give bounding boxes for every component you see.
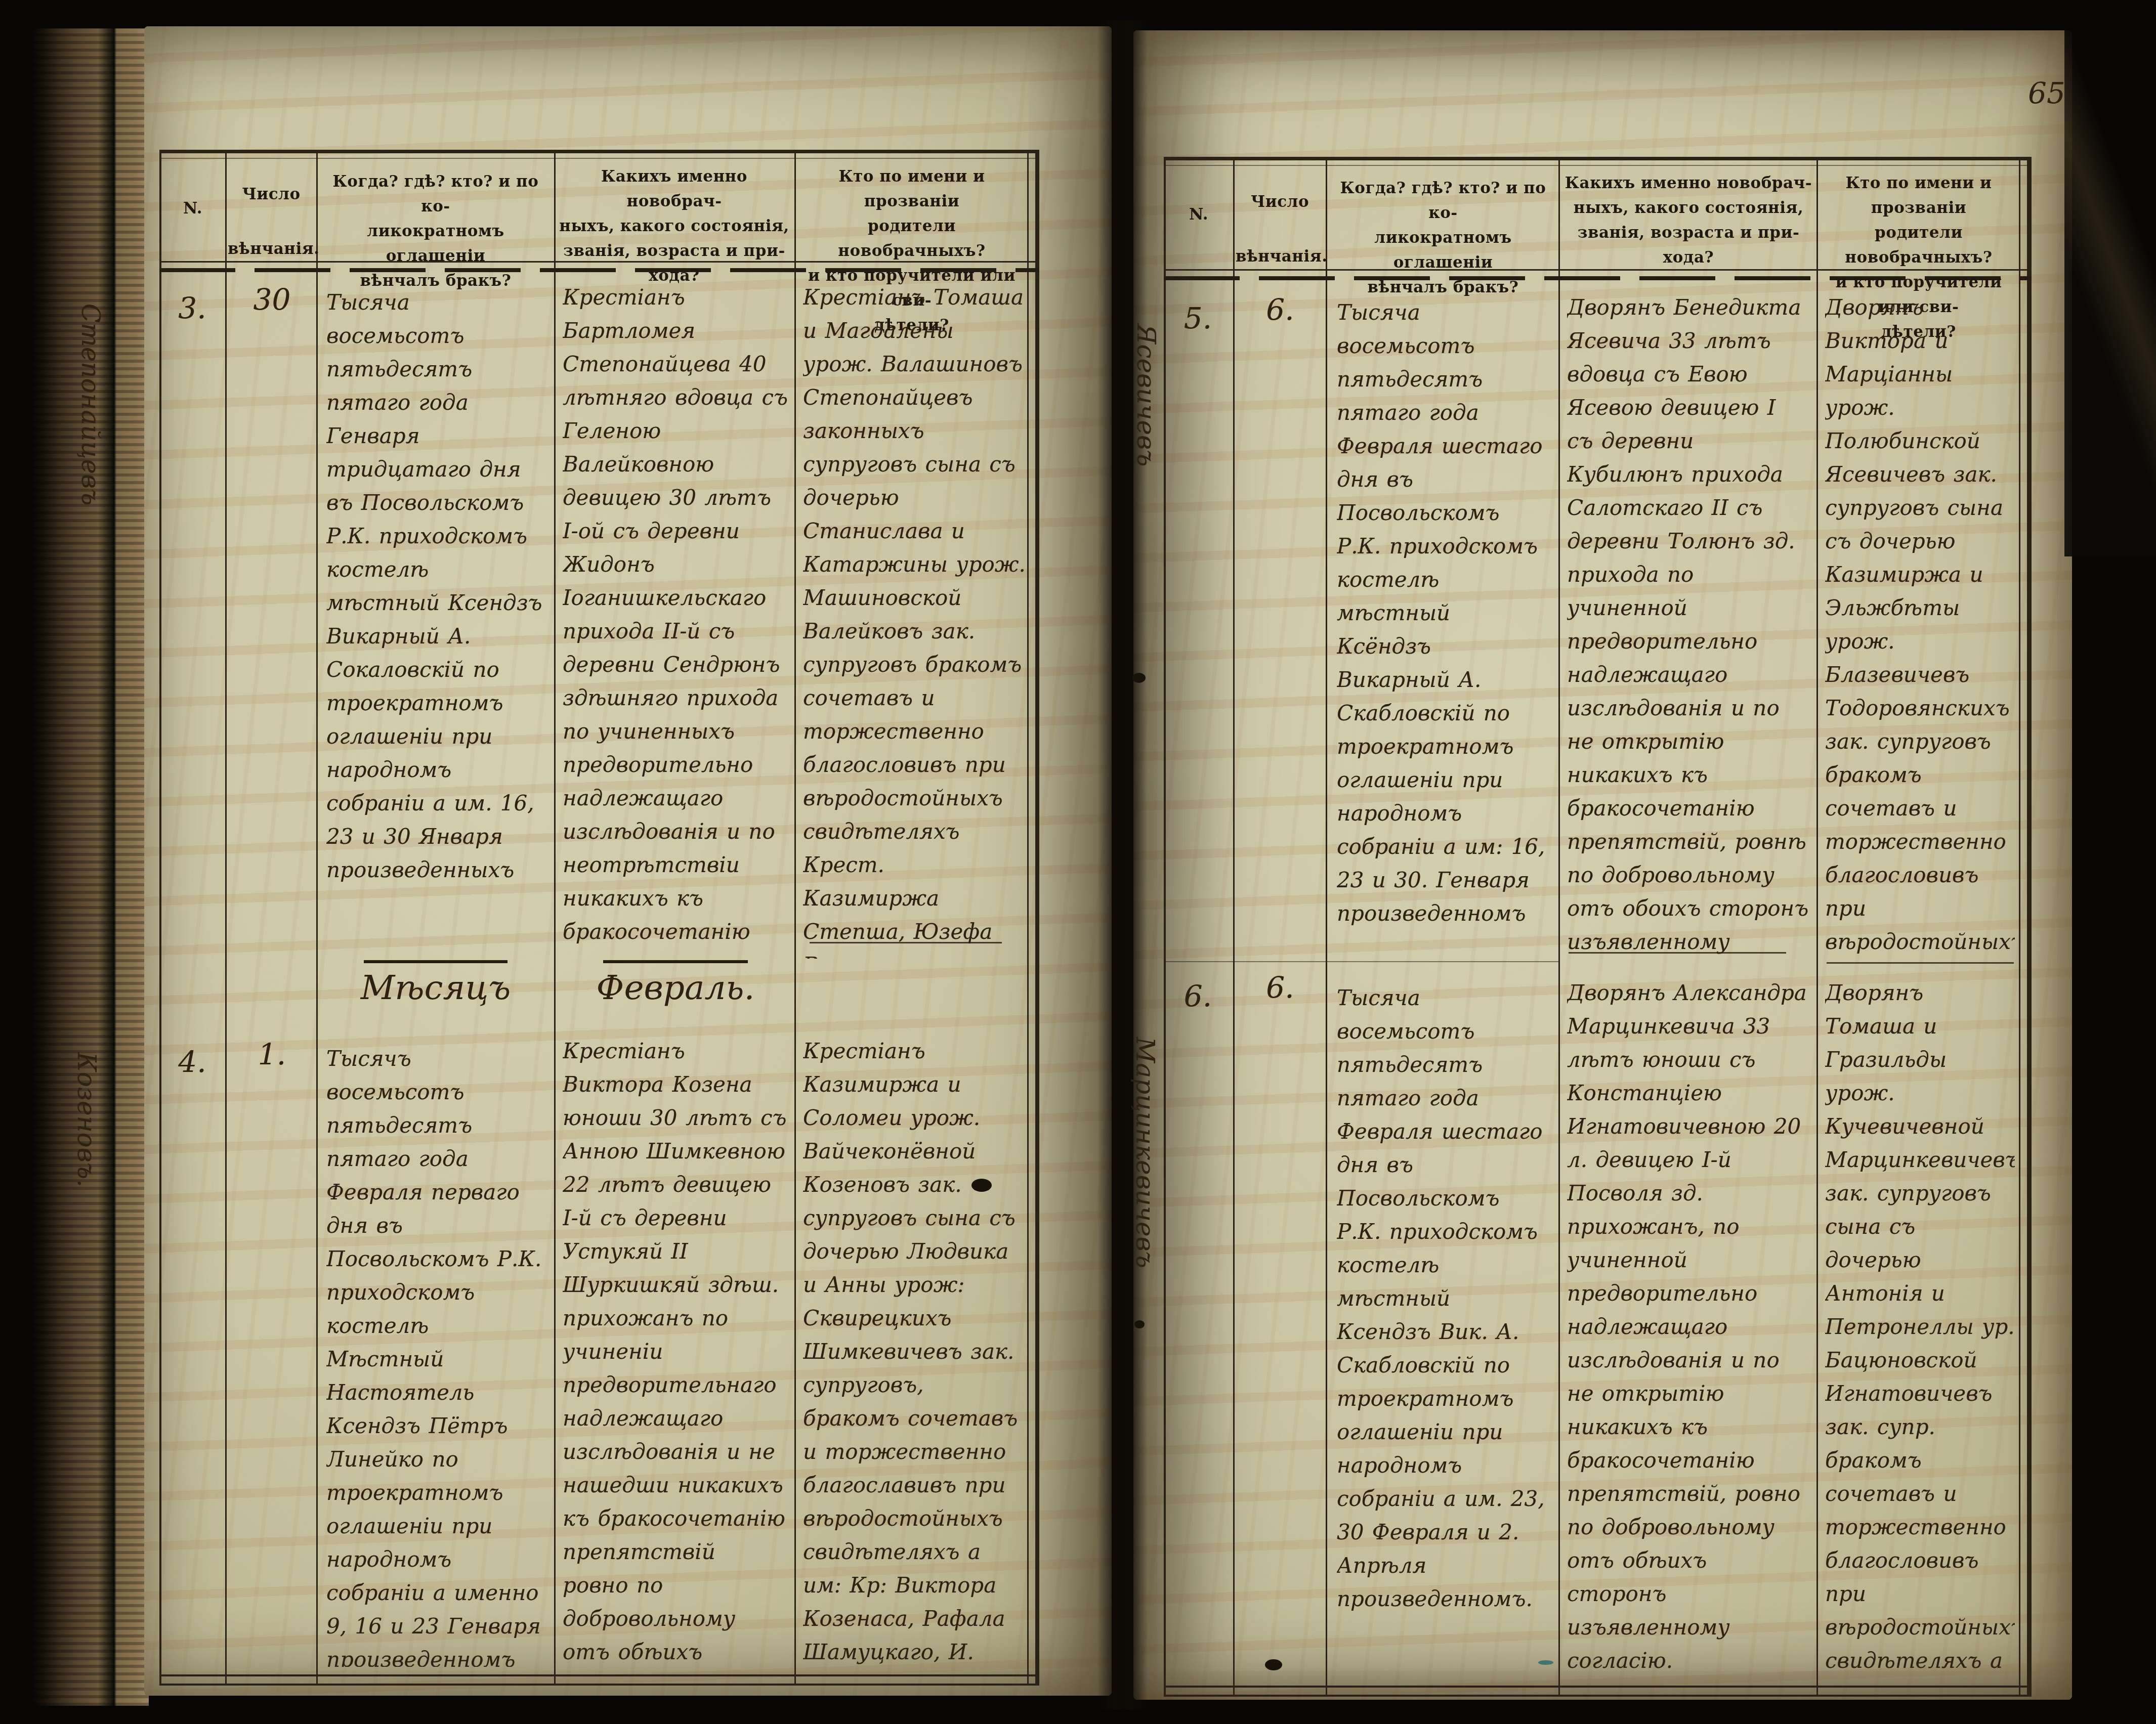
grid-line xyxy=(2027,158,2032,1696)
record-newlyweds: Дворянъ Александра Марцинкевича 33 лѣтъ … xyxy=(1567,976,1810,1682)
grid-line xyxy=(1027,151,1029,1686)
record-newlyweds: Крестіанъ Виктора Козена юноши 30 лѣтъ с… xyxy=(563,1035,788,1667)
ink-blot xyxy=(1265,1659,1282,1670)
record-date: 6. xyxy=(1237,970,1323,1005)
grid-line xyxy=(1558,158,1560,1696)
grid-line xyxy=(1164,158,1166,1696)
record-number: 3. xyxy=(162,291,223,325)
month-overline xyxy=(364,960,508,963)
grid-line xyxy=(159,151,161,1686)
record-parents-witnesses: Крестіанъ Казимиржа и Соломеи урож. Вайч… xyxy=(803,1035,1026,1669)
grid-line xyxy=(1326,158,1327,1696)
ink-blot xyxy=(1132,673,1146,683)
record-parents-witnesses: Дворянъ Виктора и Марціанны урож. Полюби… xyxy=(1825,291,2015,964)
page-curl-shadow xyxy=(2064,0,2156,556)
record-number: 4. xyxy=(162,1045,223,1079)
flourish-underline xyxy=(810,942,1002,943)
record-parents-witnesses: Крестіанъ Томаша и Магдалены урож. Валаш… xyxy=(803,281,1026,959)
header-number: N. xyxy=(1166,202,1231,227)
grid-line xyxy=(1164,1686,2032,1688)
margin-surname-note: Степонайцевъ xyxy=(76,304,105,505)
grid-line xyxy=(794,151,796,1686)
grid-line xyxy=(159,1684,1039,1686)
header-newlyweds: Какихъ именно новобрач- ныхъ, какого сос… xyxy=(557,164,792,288)
grid-line xyxy=(225,151,227,1686)
grid-line xyxy=(316,151,318,1686)
book-page-edges xyxy=(33,28,149,1706)
header-when-where-who: Когда? гдѣ? кто? и по ко- ликократномъ о… xyxy=(320,169,552,293)
header-when-where-who: Когда? гдѣ? кто? и по ко- ликократномъ о… xyxy=(1329,176,1557,300)
grid-line xyxy=(1816,158,1818,1696)
grid-line xyxy=(2019,158,2020,1696)
record-ceremony: Тысяча восемьсотъ пятьдесятъ пятаго года… xyxy=(1337,296,1552,954)
flourish-underline xyxy=(1827,962,2014,964)
record-date: 30 xyxy=(230,282,314,317)
record-date: 6. xyxy=(1237,292,1323,327)
grid-line xyxy=(1164,1695,2032,1697)
record-date: 1. xyxy=(230,1037,314,1071)
header-newlyweds: Какихъ именно новобрач- ныхъ, какого сос… xyxy=(1562,171,1815,270)
grid-line xyxy=(159,158,1039,159)
grid-line xyxy=(1035,151,1039,1686)
margin-surname-note: Марцинкевичевъ xyxy=(1130,1037,1160,1268)
record-ceremony: Тысяча восемьсотъ пятьдесятъ пятаго года… xyxy=(1337,981,1552,1682)
page-number: 65 xyxy=(2028,76,2065,110)
month-divider-value: Февраль. xyxy=(559,960,792,1007)
margin-surname-note: Ясевичевъ xyxy=(1131,324,1161,466)
header-number: N. xyxy=(162,196,224,221)
grid-line xyxy=(1233,158,1235,1696)
grid-line xyxy=(1164,157,2032,160)
record-newlyweds: Дворянъ Бенедикта Ясевича 33 лѣтъ вдовца… xyxy=(1567,291,1810,956)
grid-line xyxy=(554,151,556,1686)
book-spine-shadow xyxy=(1097,20,1148,1710)
grid-line xyxy=(159,1674,1039,1676)
header-wedding-date: Число вѣнчанія. xyxy=(1236,175,1324,284)
ink-mark-teal xyxy=(1538,1660,1553,1665)
record-ceremony: Тысячъ восемьсотъ пятьдесятъ пятаго года… xyxy=(326,1042,546,1667)
header-wedding-date: Число вѣнчанія. xyxy=(228,167,315,276)
ink-blot xyxy=(971,1179,992,1192)
record-newlyweds: Крестіанъ Бартломея Степонайцева 40 лѣтн… xyxy=(563,281,788,954)
month-overline xyxy=(603,960,747,963)
month-divider-label: Мѣсяцъ xyxy=(320,960,552,1007)
record-number: 5. xyxy=(1166,301,1230,335)
grid-line xyxy=(159,150,1039,153)
record-ceremony: Тысяча восемьсотъ пятьдесятъ пятаго года… xyxy=(326,286,546,949)
ink-blot xyxy=(1134,1320,1145,1328)
record-number: 6. xyxy=(1166,979,1230,1013)
record-divider-line xyxy=(1164,961,1558,962)
margin-surname-note: Козеновъ. xyxy=(72,1052,101,1187)
record-parents-witnesses: Дворянъ Томаша и Гразильды урож. Кучевич… xyxy=(1825,976,2015,1682)
grid-line xyxy=(1164,165,2032,166)
flourish-underline xyxy=(1569,952,1786,954)
